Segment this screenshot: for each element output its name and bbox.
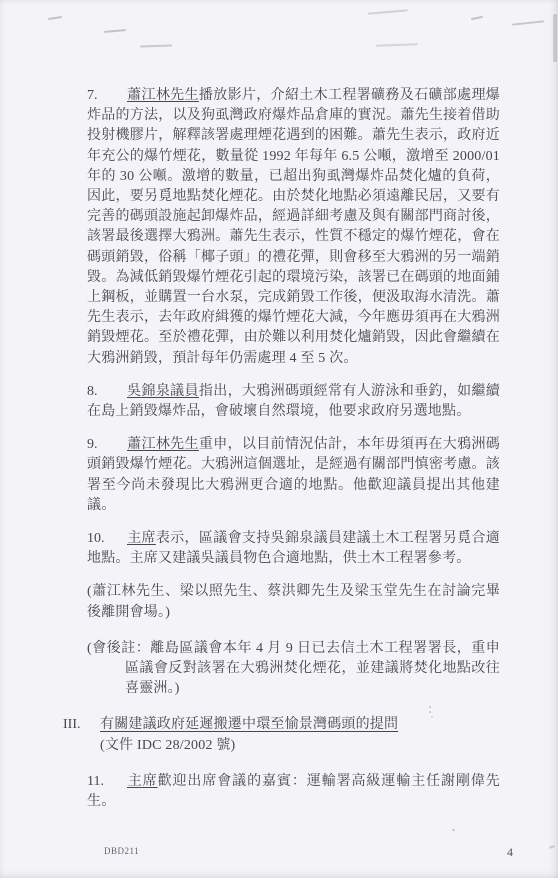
paragraph: 9.蕭江林先生重申，以目前情況估計，本年毋須再在大鴉洲碼頭銷毀爆竹煙花。大鴉洲這… <box>87 435 500 516</box>
agenda-item-number: III. <box>63 715 100 735</box>
note-label: (會後註： <box>87 641 150 656</box>
scan-artifact <box>140 44 172 47</box>
note-text: (蕭江林先生、梁以照先生、蔡洪卿先生及梁玉堂先生在討論完畢後離開會場。) <box>87 584 500 619</box>
post-meeting-note: (會後註：離島區議會本年 4 月 9 日已去信土木工程署署長，重申區議會反對該署… <box>87 639 500 700</box>
speaker-name: 主席 <box>127 774 158 789</box>
paragraph-number: 8. <box>87 382 127 402</box>
scan-artifact <box>549 845 555 849</box>
page-number: 4 <box>507 845 513 860</box>
speaker-name: 蕭江林先生 <box>127 437 199 452</box>
footer-code: DBD211 <box>104 846 139 856</box>
post-discussion-note: (蕭江林先生、梁以照先生、蔡洪卿先生及梁玉堂先生在討論完畢後離開會場。) <box>87 582 500 622</box>
agenda-item-heading: III.有關建議政府延遲搬遷中環至愉景灣碼頭的提問 (文件 IDC 28/200… <box>63 715 500 755</box>
agenda-item-title: 有關建議政府延遲搬遷中環至愉景灣碼頭的提問 <box>100 717 398 732</box>
paragraph-list: 11.主席歡迎出席會議的嘉賓：運輸署高級運輸主任謝剛偉先生。 <box>87 772 500 812</box>
paragraph-number: 11. <box>87 772 127 792</box>
paragraph-list: 7.蕭江林先生播放影片，介紹土木工程署礦務及石礦部處理爆炸品的方法，以及狗虱灣政… <box>87 86 500 569</box>
speaker-name: 吳錦泉議員 <box>127 384 199 399</box>
paragraph-number: 10. <box>87 529 127 549</box>
paragraph: 10.主席表示，區議會支持吳錦泉議員建議土木工程署另覓合適地點。主席又建議吳議員… <box>87 529 500 569</box>
paragraph: 7.蕭江林先生播放影片，介紹土木工程署礦務及石礦部處理爆炸品的方法，以及狗虱灣政… <box>87 86 500 369</box>
paragraph-number: 7. <box>87 86 127 106</box>
speaker-name: 蕭江林先生 <box>127 88 199 103</box>
scan-artifact <box>452 829 455 831</box>
paragraph: 11.主席歡迎出席會議的嘉賓：運輸署高級運輸主任謝剛偉先生。 <box>87 772 500 812</box>
speaker-name: 主席 <box>127 531 156 546</box>
scan-artifact <box>376 43 418 46</box>
note-text: 離島區議會本年 4 月 9 日已去信土木工程署署長，重申區議會反對該署在大鴉洲焚… <box>125 641 500 696</box>
scan-artifact <box>512 20 544 25</box>
paragraph: 8.吳錦泉議員指出，大鴉洲碼頭經常有人游泳和垂釣，如繼續在島上銷毀爆炸品，會破壞… <box>87 382 500 422</box>
scan-artifact <box>104 29 126 33</box>
page-content: 7.蕭江林先生播放影片，介紹土木工程署礦務及石礦部處理爆炸品的方法，以及狗虱灣政… <box>87 86 500 825</box>
scan-artifact <box>48 16 62 20</box>
paragraph-number: 9. <box>87 435 127 455</box>
scan-artifact <box>471 16 483 20</box>
scanned-minutes-page: 7.蕭江林先生播放影片，介紹土木工程署礦務及石礦部處理爆炸品的方法，以及狗虱灣政… <box>0 0 558 878</box>
scan-artifact <box>368 9 408 14</box>
scan-artifact <box>553 14 557 62</box>
paragraph-text: 播放影片，介紹土木工程署礦務及石礦部處理爆炸品的方法，以及狗虱灣政府爆炸品倉庫的… <box>87 88 500 366</box>
document-reference: (文件 IDC 28/2002 號) <box>100 736 500 756</box>
